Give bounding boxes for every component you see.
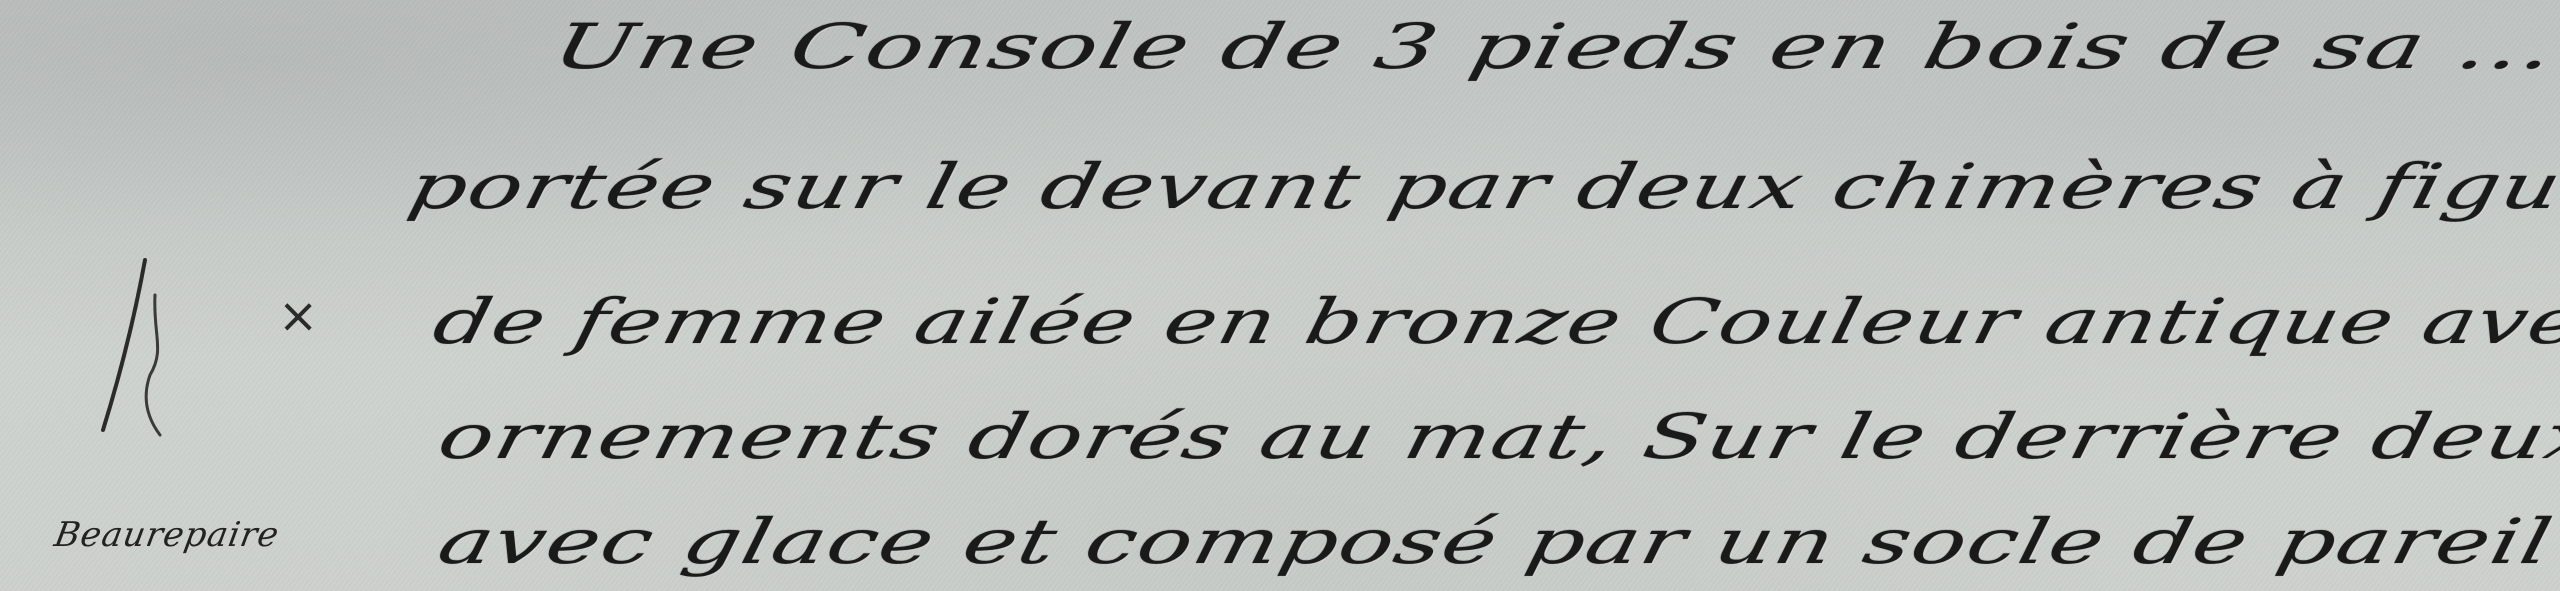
margin-letter-mark bbox=[95, 255, 195, 455]
text-line-4: ornements dorés au mat, Sur le derrière … bbox=[432, 400, 2560, 473]
text-line-2: portée sur le devant par deux chimères à… bbox=[402, 150, 2560, 223]
margin-signature: Beaurepaire bbox=[51, 515, 282, 555]
manuscript-page: × Beaurepaire Une Console de 3 pieds en … bbox=[0, 0, 2560, 591]
text-line-3: de femme ailée en bronze Couleur antique… bbox=[427, 285, 2560, 358]
text-line-5: avec glace et composé par un socle de pa… bbox=[432, 505, 2560, 578]
text-line-1: Une Console de 3 pieds en bois de sa ...… bbox=[547, 10, 2560, 83]
margin-cross: × bbox=[278, 292, 318, 340]
